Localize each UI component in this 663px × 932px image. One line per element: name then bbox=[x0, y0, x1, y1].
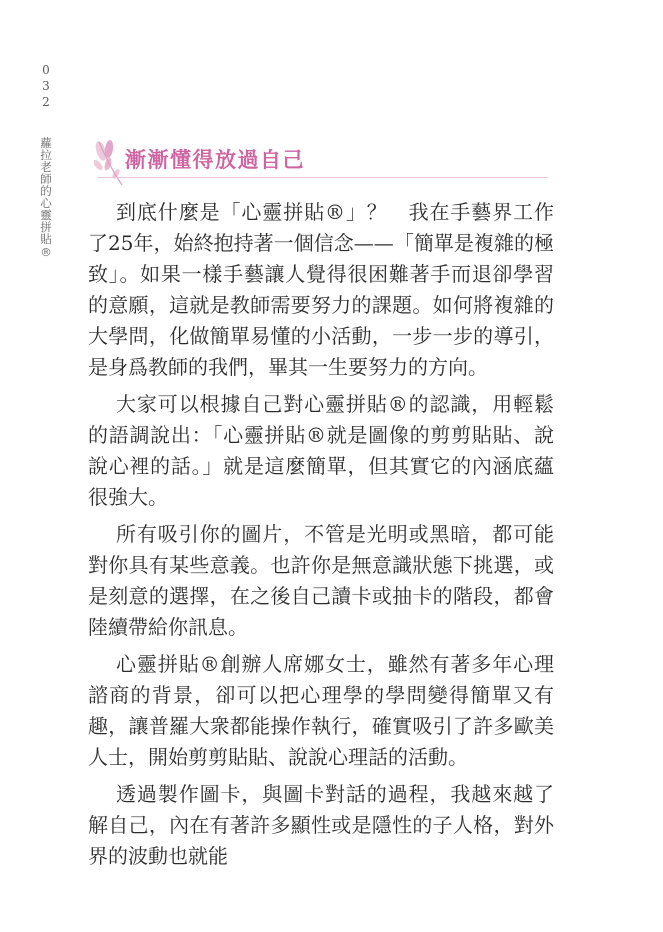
paragraph-1: 到底什麼是「心靈拼貼®」？ 我在手藝界工作了25年，始終抱持著一個信念——「簡單… bbox=[88, 197, 554, 383]
spine-title: 蘿拉老師的心靈拼貼® bbox=[38, 137, 54, 260]
header-underline bbox=[97, 177, 548, 178]
section-title: 漸漸懂得放過自己 bbox=[125, 144, 305, 174]
body-text: 到底什麼是「心靈拼貼®」？ 我在手藝界工作了25年，始終抱持著一個信念——「簡單… bbox=[88, 197, 554, 878]
leaf-sprig-icon bbox=[94, 139, 124, 191]
page-number: 032 bbox=[39, 63, 53, 111]
paragraph-5: 透過製作圖卡，與圖卡對話的過程，我越來越了解自己，內在有著許多顯性或是隱性的子人… bbox=[88, 779, 554, 872]
paragraph-3: 所有吸引你的圖片，不管是光明或黑暗，都可能對你具有某些意義。也許你是無意識狀態下… bbox=[88, 519, 554, 643]
paragraph-4: 心靈拼貼®創辦人席娜女士，雖然有著多年心理諮商的背景，卻可以把心理學的學問變得簡… bbox=[88, 649, 554, 773]
book-page: 032 蘿拉老師的心靈拼貼® 漸漸懂得放過自己 到底什麼是「心靈拼貼®」？ 我在… bbox=[0, 0, 663, 932]
paragraph-2: 大家可以根據自己對心靈拼貼®的認識，用輕鬆的語調說出：「心靈拼貼®就是圖像的剪剪… bbox=[88, 389, 554, 513]
